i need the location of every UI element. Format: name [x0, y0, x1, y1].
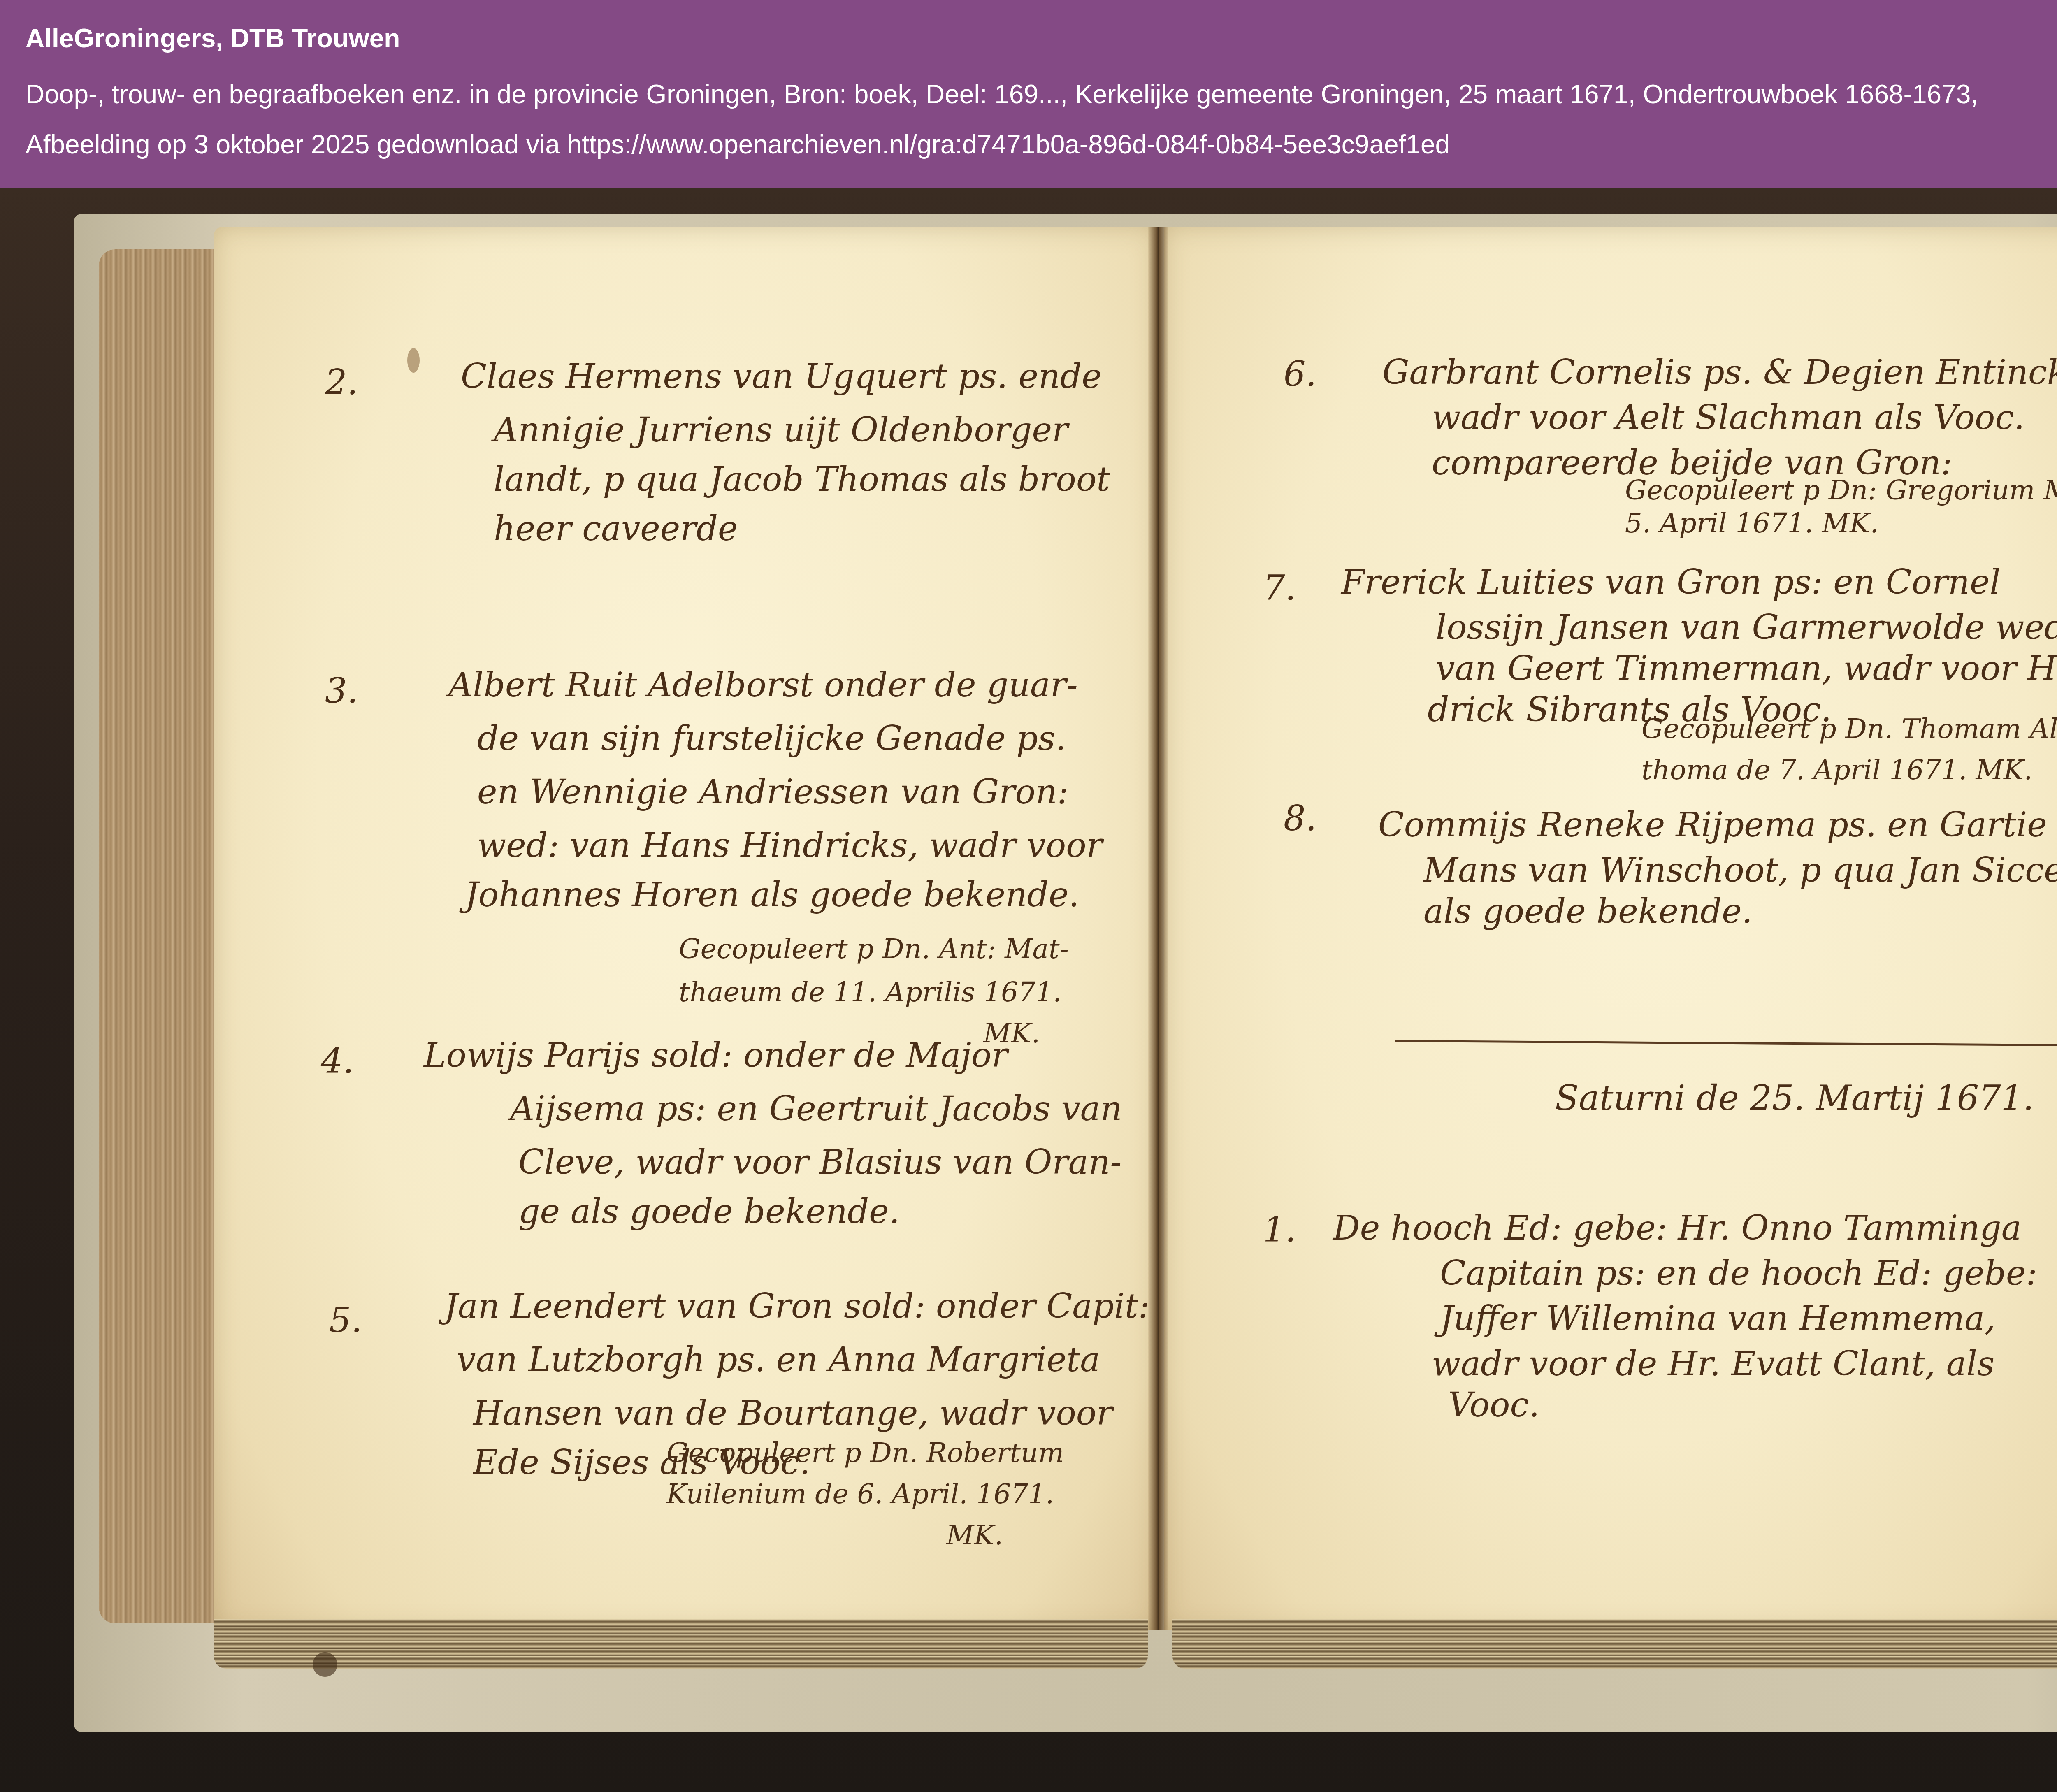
entry-line: van Lutzborgh ps. en Anna Margrieta	[457, 1333, 1100, 1387]
entry-line: Lowijs Parijs sold: onder de Major	[424, 1028, 1008, 1083]
solemnization-line: thaeum de 11. Aprilis 1671.	[679, 971, 1061, 1014]
entry-number: 4.	[321, 1041, 354, 1081]
entry-line: landt, p qua Jacob Thomas als broot	[494, 453, 1110, 507]
entry-line: Jan Leendert van Gron sold: onder Capit:	[444, 1279, 1149, 1334]
banner-source-description: Doop-, trouw- en begraafboeken enz. in d…	[26, 79, 1978, 109]
left-page-bottom-edges	[214, 1619, 1148, 1669]
right-page-bottom-edges	[1172, 1619, 2057, 1669]
entry-number: 8.	[1284, 798, 1316, 838]
entry-line: als goede bekende.	[1423, 884, 1753, 939]
solemnization-line: Gecopuleert p Dn. Ant: Mat-	[679, 928, 1069, 970]
entry-line: wed: van Hans Hindricks, wadr voor	[477, 819, 1103, 873]
ink-stain	[407, 348, 420, 373]
entry-number: 1.	[1263, 1209, 1296, 1250]
entry-line: heer caveerde	[494, 502, 738, 556]
solemnization-line: Gecopuleert p Dn. Robertum	[666, 1432, 1064, 1474]
clerk-initials: MK.	[946, 1514, 1003, 1557]
left-page-edges	[99, 249, 222, 1623]
banner-download-note: Afbeelding op 3 oktober 2025 gedownload …	[26, 129, 1450, 160]
solemnization-line: 5. April 1671. MK.	[1625, 502, 1878, 545]
entry-line: Annigie Jurriens uijt Oldenborger	[494, 403, 1068, 457]
entry-line: Albert Ruit Adelborst onder de guar-	[448, 658, 1078, 713]
entry-line: Vooc.	[1448, 1378, 1539, 1432]
date-heading: Saturni de 25. Martij 1671.	[1555, 1078, 2034, 1118]
book-gutter	[1148, 227, 1168, 1630]
entry-number: 7.	[1263, 568, 1296, 608]
solemnization-line: Gecopuleert p Dn. Thomam Alber-	[1641, 708, 2057, 750]
banner-title: AlleGroningers, DTB Trouwen	[26, 23, 400, 53]
entry-line: Johannes Horen als goede bekende.	[465, 868, 1080, 922]
entry-number: 5.	[329, 1300, 362, 1340]
entry-line: Claes Hermens van Ugquert ps. ende	[461, 350, 1102, 404]
entry-number: 6.	[1284, 354, 1316, 394]
solemnization-line: Kuilenium de 6. April. 1671.	[666, 1473, 1054, 1516]
entry-number: 3.	[325, 671, 358, 711]
entry-line: Aijsema ps: en Geertruit Jacobs van	[510, 1082, 1122, 1136]
entry-line: ge als goede bekende.	[518, 1185, 900, 1239]
solemnization-line: thoma de 7. April 1671. MK.	[1641, 749, 2032, 792]
damage-spot	[313, 1652, 337, 1677]
source-banner: AlleGroningers, DTB Trouwen Doop-, trouw…	[0, 0, 2057, 188]
entry-line: de van sijn furstelijcke Genade ps.	[477, 712, 1066, 766]
entry-number: 2.	[325, 362, 358, 402]
entry-line: Cleve, wadr voor Blasius van Oran-	[518, 1135, 1121, 1190]
entry-line: en Wennigie Andriessen van Gron:	[477, 765, 1068, 819]
